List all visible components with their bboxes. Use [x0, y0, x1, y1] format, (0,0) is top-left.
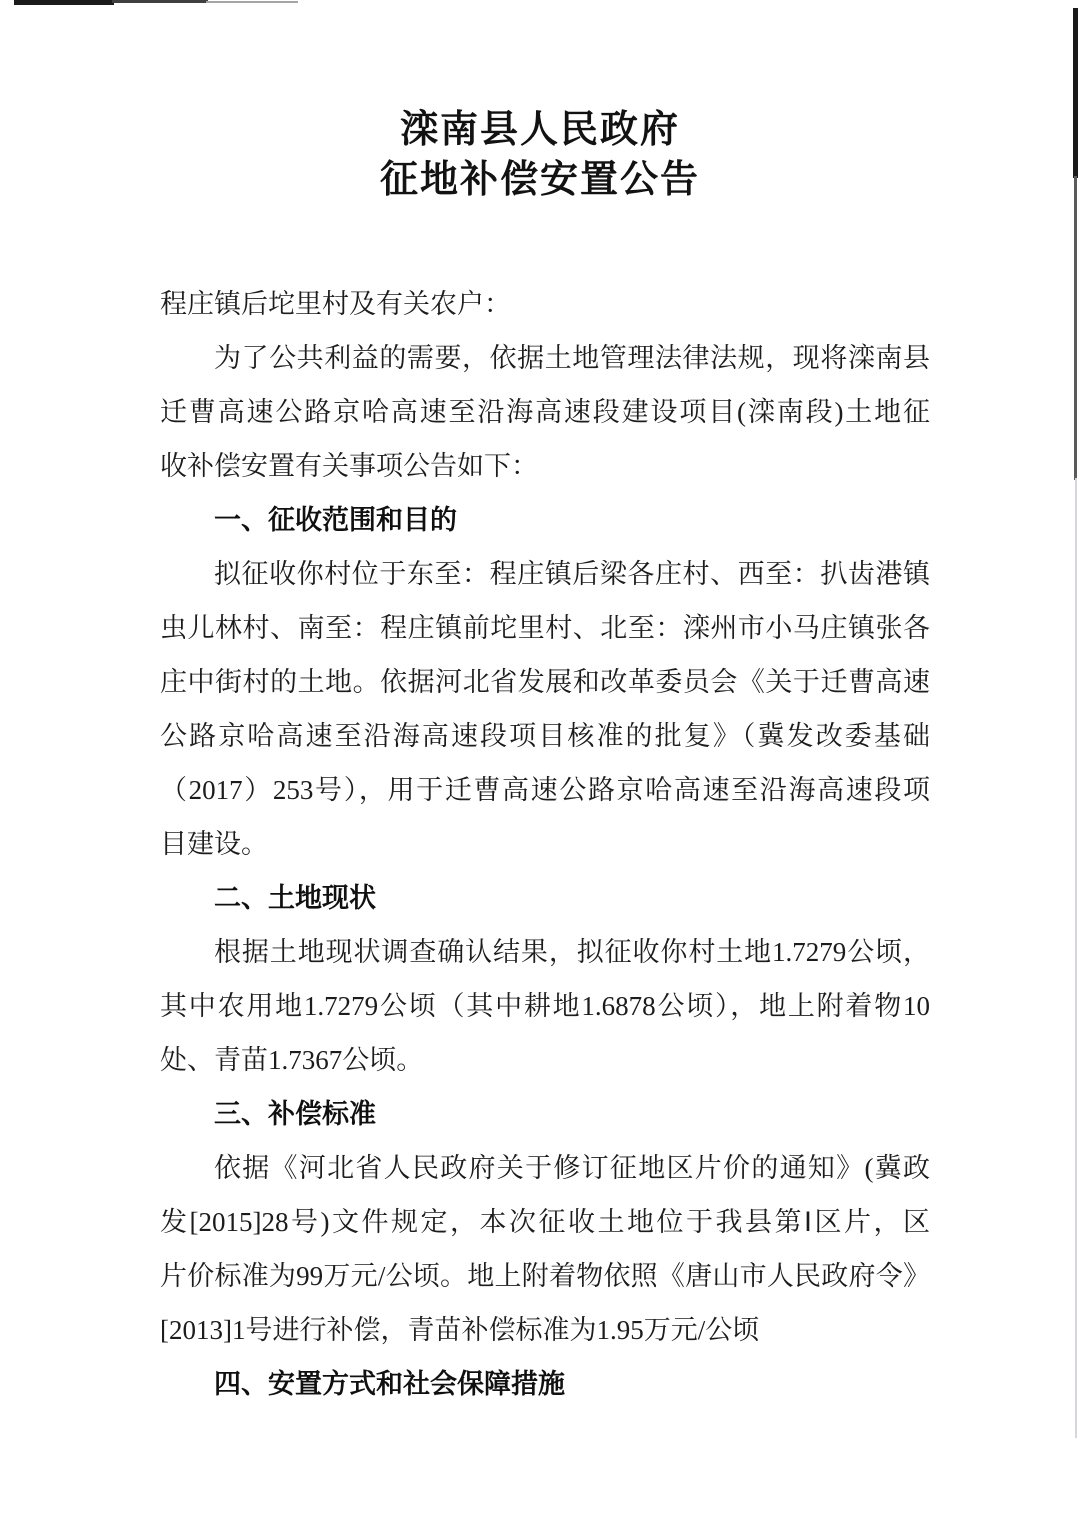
section-1-line-1: 拟征收你村位于东至：程庄镇后梁各庄村、西至：扒齿港镇: [160, 547, 930, 601]
document-title-line-1: 滦南县人民政府: [0, 105, 1080, 155]
section-3-line-3: 片价标准为99万元/公顷。地上附着物依照《唐山市人民政府令》: [160, 1249, 930, 1303]
scan-mark-right-edge-dark: [1073, 8, 1078, 178]
intro-line-3: 收补偿安置有关事项公告如下：: [160, 439, 930, 493]
section-1-line-4: 公路京哈高速至沿海高速段项目核准的批复》（冀发改委基础: [160, 709, 930, 763]
scan-mark-top-left-medium: [112, 0, 208, 3]
document-title-block: 滦南县人民政府 征地补偿安置公告: [0, 0, 1080, 205]
section-2-line-3: 处、青苗1.7367公顷。: [160, 1033, 930, 1087]
scan-mark-top-left-dark: [14, 0, 114, 5]
section-4-heading: 四、安置方式和社会保障措施: [160, 1357, 930, 1411]
section-3-line-1: 依据《河北省人民政府关于修订征地区片价的通知》(冀政: [160, 1141, 930, 1195]
section-1-line-5: （2017）253号），用于迁曹高速公路京哈高速至沿海高速段项: [160, 763, 930, 817]
salutation-line: 程庄镇后坨里村及有关农户：: [160, 277, 930, 331]
scan-mark-top-left-light: [206, 1, 298, 3]
document-page: 滦南县人民政府 征地补偿安置公告 程庄镇后坨里村及有关农户： 为了公共利益的需要…: [0, 0, 1080, 1526]
section-1-heading: 一、征收范围和目的: [160, 493, 930, 547]
document-body: 程庄镇后坨里村及有关农户： 为了公共利益的需要，依据土地管理法律法规，现将滦南县…: [160, 277, 930, 1411]
section-1-line-3: 庄中街村的土地。依据河北省发展和改革委员会《关于迁曹高速: [160, 655, 930, 709]
document-title-line-2: 征地补偿安置公告: [0, 155, 1080, 205]
section-3-line-4: [2013]1号进行补偿，青苗补偿标准为1.95万元/公顷: [160, 1303, 930, 1357]
section-2-heading: 二、土地现状: [160, 871, 930, 925]
section-2-line-2: 其中农用地1.7279公顷（其中耕地1.6878公顷），地上附着物10: [160, 979, 930, 1033]
intro-line-1: 为了公共利益的需要，依据土地管理法律法规，现将滦南县: [160, 331, 930, 385]
section-1-line-6: 目建设。: [160, 817, 930, 871]
scan-mark-right-edge-light: [1075, 478, 1077, 1438]
section-3-heading: 三、补偿标准: [160, 1087, 930, 1141]
intro-line-2: 迁曹高速公路京哈高速至沿海高速段建设项目(滦南段)土地征: [160, 385, 930, 439]
section-2-line-1: 根据土地现状调查确认结果，拟征收你村土地1.7279公顷，: [160, 925, 930, 979]
scan-mark-right-edge-medium: [1074, 176, 1077, 480]
section-1-line-2: 虫儿林村、南至：程庄镇前坨里村、北至：滦州市小马庄镇张各: [160, 601, 930, 655]
section-3-line-2: 发[2015]28号)文件规定，本次征收土地位于我县第Ⅰ区片，区: [160, 1195, 930, 1249]
